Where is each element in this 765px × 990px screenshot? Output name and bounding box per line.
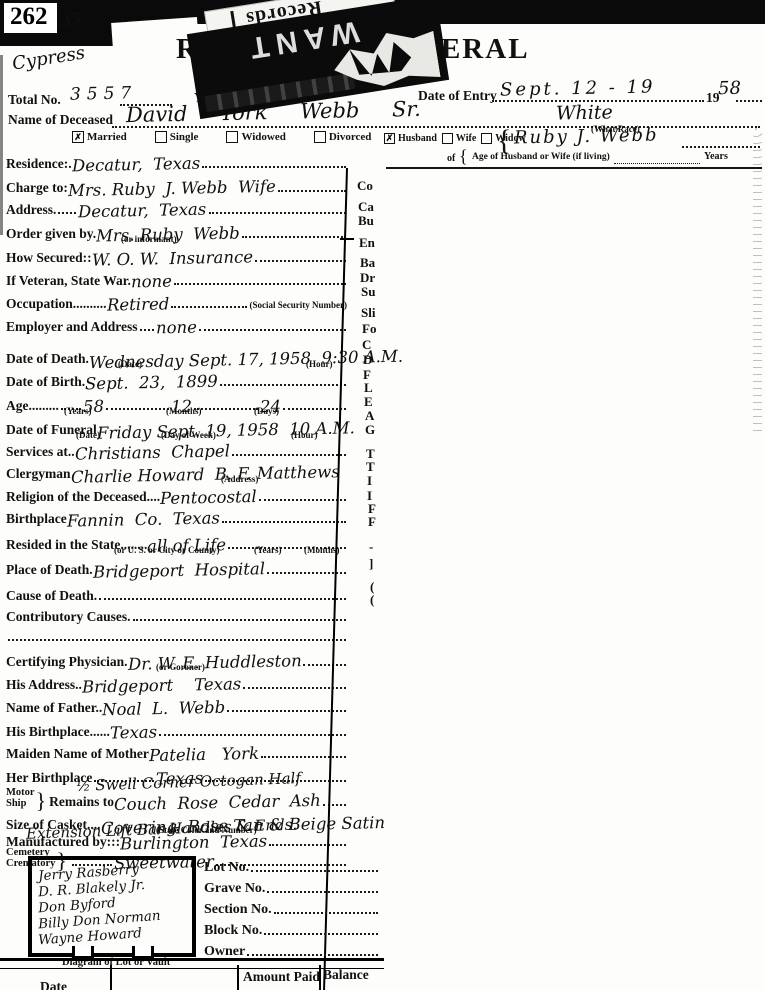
services-at-label: Services at.. <box>6 444 75 460</box>
clergyman-label: Clergyman <box>6 466 71 482</box>
annotation-word: Cypress <box>11 42 87 74</box>
manufactured-by-leader <box>269 844 346 846</box>
occupation: Occupation..........Retired(Social Secur… <box>6 289 348 312</box>
how-secured-label: How Secured:: <box>6 250 92 266</box>
checkbox-box <box>155 131 167 143</box>
date-of-entry-value: Sept. 12 - 19 <box>500 76 656 100</box>
scan-edge-noise-right <box>753 125 762 435</box>
checkbox-wife: Wife <box>442 133 476 144</box>
charge-to: Charge to:Mrs. Ruby J. Webb Wife <box>6 172 348 196</box>
occupation-label: Occupation.......... <box>6 296 107 312</box>
age-leader <box>194 408 257 410</box>
table-header-balance: Balance <box>323 967 369 983</box>
spouse-name-leader <box>682 146 760 148</box>
age-leader <box>106 408 169 410</box>
checkbox-box <box>442 133 453 144</box>
marital-status-options: ✗MarriedSingleWidowedDivorced <box>72 131 371 143</box>
table-header-date: Date <box>40 979 67 990</box>
cutoff-letter: Co <box>357 178 373 194</box>
checkbox-label: Widowed <box>241 131 285 143</box>
checkbox-single: Single <box>155 131 199 143</box>
cutoff-letter: - <box>369 539 373 555</box>
years-label: Years <box>704 151 728 162</box>
total-no-label: Total No. <box>8 92 61 108</box>
of-brace: { <box>459 146 468 167</box>
how-secured: How Secured::W. O. W. Insurance <box>6 242 348 266</box>
religion-of-the-deceased: Religion of the Deceased....Pentocostal <box>6 482 348 505</box>
his-birthplace-label: His Birthplace...... <box>6 724 110 740</box>
lot-field-grave-no-: Grave No. <box>204 881 380 897</box>
lot-field-leader <box>251 870 378 872</box>
resided-in-the-state: Resided in the State........all of Life(… <box>6 527 348 553</box>
diagram-box: Jerry RasberryD. R. Blakely Jr.Don Byfor… <box>28 856 196 957</box>
lot-field-leader <box>267 891 378 893</box>
lot-field-leader <box>264 933 378 935</box>
name-of-father-label: Name of Father.. <box>6 700 102 716</box>
cause-of-death-label: Cause of Death. <box>6 588 97 604</box>
age-of-spouse-label: Age of Husband or Wife (if living) <box>472 152 610 162</box>
contributory-causes: Contributory Causes. <box>6 604 348 625</box>
place-of-death: Place of Death.Bridgeport Hospital <box>6 553 348 578</box>
cutoff-letter: Bu <box>358 213 374 229</box>
cause-of-death: Cause of Death. <box>6 578 348 604</box>
total-no-value: 3557 <box>70 83 138 104</box>
cutoff-letter: G <box>365 422 375 438</box>
checkbox-box <box>314 131 326 143</box>
date-of-birth: Date of Birth.Sept. 23, 1899 <box>6 367 348 390</box>
name-of-father-leader <box>227 710 346 712</box>
checkbox-label: Husband <box>398 133 437 144</box>
lot-fields: Lot No.Grave No.Section No.Block No.Owne… <box>204 860 380 965</box>
continuation-line <box>6 625 348 645</box>
checkbox-box <box>481 133 492 144</box>
if-veteran-state-war-leader <box>174 283 346 285</box>
employer-and-address-leader <box>199 329 347 331</box>
cutoff-letter: En <box>359 235 375 251</box>
maiden-name-of-mother: Maiden Name of MotherPatelia York <box>6 740 348 762</box>
employer-and-address-label: Employer and Address <box>6 319 138 335</box>
name-of-deceased-leader <box>112 126 760 128</box>
clergyman: ClergymanCharlie Howard B. F. Matthews(A… <box>6 460 348 482</box>
lot-field-leader <box>247 954 378 956</box>
residence: Residence:.Decatur, Texas <box>6 146 348 172</box>
if-veteran-state-war: If Veteran, State War.none <box>6 266 348 289</box>
contributory-causes-label: Contributory Causes. <box>6 609 131 625</box>
his-birthplace-leader <box>159 734 346 736</box>
employer-and-address-leader <box>140 329 154 331</box>
cutoff-letter: I <box>367 473 372 489</box>
birthplace-label: Birthplace <box>6 511 67 527</box>
maiden-name-of-mother-leader <box>261 756 346 758</box>
checkbox-married: ✗Married <box>72 131 127 143</box>
form-rows: Residence:.Decatur, TexasCharge to:Mrs. … <box>6 146 348 870</box>
order-given-by-label: Order given by. <box>6 226 96 242</box>
residence-leader <box>202 166 346 168</box>
charge-to-label: Charge to: <box>6 180 68 196</box>
continuation-line-leader <box>8 639 346 641</box>
lot-field-leader <box>274 912 378 914</box>
certifying-physician-leader <box>303 664 346 666</box>
year-leader <box>736 100 762 102</box>
order-given-by-leader <box>242 236 346 238</box>
spouse-name-value: Ruby J. Webb <box>514 124 659 148</box>
employer-and-address: Employer and Addressnone <box>6 312 348 335</box>
religion-of-the-deceased-leader <box>259 499 346 501</box>
charge-to-leader <box>278 190 346 192</box>
table-vline <box>237 965 239 990</box>
contributory-causes-leader <box>133 619 346 621</box>
age: Age.........581224(Years)(Months)(Days) <box>6 390 348 414</box>
services-at: Services at..Christians Chapel <box>6 438 348 460</box>
date-of-birth-leader <box>220 384 346 386</box>
name-of-deceased-label: Name of Deceased <box>8 112 113 128</box>
if-veteran-state-war-label: If Veteran, State War. <box>6 273 131 289</box>
certifying-physician: Certifying Physician.Dr. W. E. Huddlesto… <box>6 645 348 670</box>
remains-to-label: MotorShip <box>6 788 35 809</box>
checkbox-widowed: Widowed <box>226 131 285 143</box>
religion-of-the-deceased-label: Religion of the Deceased.... <box>6 489 160 505</box>
spouse-underline <box>386 167 762 169</box>
his-address: His Address..Bridgeport Texas <box>6 670 348 693</box>
remains-to-leader <box>323 804 346 806</box>
birthplace: BirthplaceFannin Co. Texas <box>6 505 348 527</box>
cutoff-letter: D <box>363 352 372 368</box>
his-birthplace: His Birthplace......Texas <box>6 716 348 740</box>
checkbox-divorced: Divorced <box>314 131 372 143</box>
maiden-name-of-mother-label: Maiden Name of Mother <box>6 746 149 762</box>
cause-of-death-leader <box>99 598 346 600</box>
checkbox-box: ✗ <box>72 131 84 143</box>
scanned-funeral-record-page: 262 RECORD OF FUNERAL C-45 Cypress Recor… <box>0 0 765 990</box>
his-address-label: His Address.. <box>6 677 82 693</box>
cutoff-letter: Su <box>361 284 375 300</box>
occupation-leader <box>171 306 247 308</box>
lot-field-label: Lot No. <box>204 860 249 876</box>
scan-edge-noise-left <box>0 55 3 235</box>
address-leader <box>209 212 346 214</box>
cutoff-letter: Ba <box>360 255 375 271</box>
address-leader <box>58 212 76 214</box>
cutoff-letter: ( <box>370 592 374 608</box>
remains-to: MotorShip}Remains toCouch Rose Cedar Ash… <box>6 786 348 810</box>
cutoff-letter: C <box>362 337 371 353</box>
divider-tick <box>340 238 354 240</box>
date-of-birth-label: Date of Birth. <box>6 374 85 390</box>
checkbox-label: Divorced <box>329 131 372 143</box>
age-leader <box>283 408 346 410</box>
checkbox-label: Married <box>87 131 127 143</box>
cutoff-letter: F <box>368 514 376 530</box>
of-label: of <box>447 153 455 164</box>
address: Address.Decatur, Texas <box>6 196 348 218</box>
remains-to-label: Remains to <box>49 794 114 810</box>
residence-label: Residence:. <box>6 156 72 172</box>
lot-field-lot-no-: Lot No. <box>204 860 380 876</box>
lot-field-label: Grave No. <box>204 881 265 897</box>
date-of-death-label: Date of Death. <box>6 351 89 367</box>
age-of-spouse-leader <box>614 163 700 164</box>
lot-field-label: Block No. <box>204 923 262 939</box>
how-secured-leader <box>255 260 346 262</box>
cutoff-letter: Sli <box>361 305 375 321</box>
services-at-leader <box>232 454 346 456</box>
pasted-sticker-group: Records WANT <box>192 0 448 108</box>
checkbox-label: Wife <box>456 133 476 144</box>
table-vline <box>110 965 112 990</box>
lot-field-block-no-: Block No. <box>204 923 380 939</box>
birthplace-leader <box>222 521 346 523</box>
occupation-note: (Social Security Number) <box>250 300 347 310</box>
date-of-death: Date of Death.Wednesday Sept. 17, 1958 9… <box>6 335 348 367</box>
address-label: Address. <box>6 202 56 218</box>
page-number: 262 <box>4 3 57 33</box>
cutoff-letter: Fo <box>362 321 376 337</box>
age-label: Age......... <box>6 398 59 414</box>
year-handwritten: 58 <box>718 78 741 99</box>
checkbox-box: ✗ <box>384 133 395 144</box>
order-given-by: Order given by.Mrs. Ruby Webb(or informa… <box>6 218 348 242</box>
cutoff-letter: ] <box>369 556 373 572</box>
name-of-father: Name of Father..Noal L. Webb <box>6 693 348 716</box>
lot-field-section-no-: Section No. <box>204 902 380 918</box>
remains-to-brace: } <box>36 792 47 810</box>
certifying-physician-label: Certifying Physician. <box>6 654 128 670</box>
lot-field-label: Section No. <box>204 902 272 918</box>
checkbox-label: Single <box>170 131 199 143</box>
checkbox-box <box>226 131 238 143</box>
checkbox-husband: ✗Husband <box>384 133 437 144</box>
table-header-amount-paid: Amount Paid <box>243 969 320 985</box>
date-of-funeral: Date of FuneralFriday Sept. 19, 1958 10 … <box>6 414 348 438</box>
place-of-death-label: Place of Death. <box>6 562 93 578</box>
race-value: White <box>556 101 613 124</box>
